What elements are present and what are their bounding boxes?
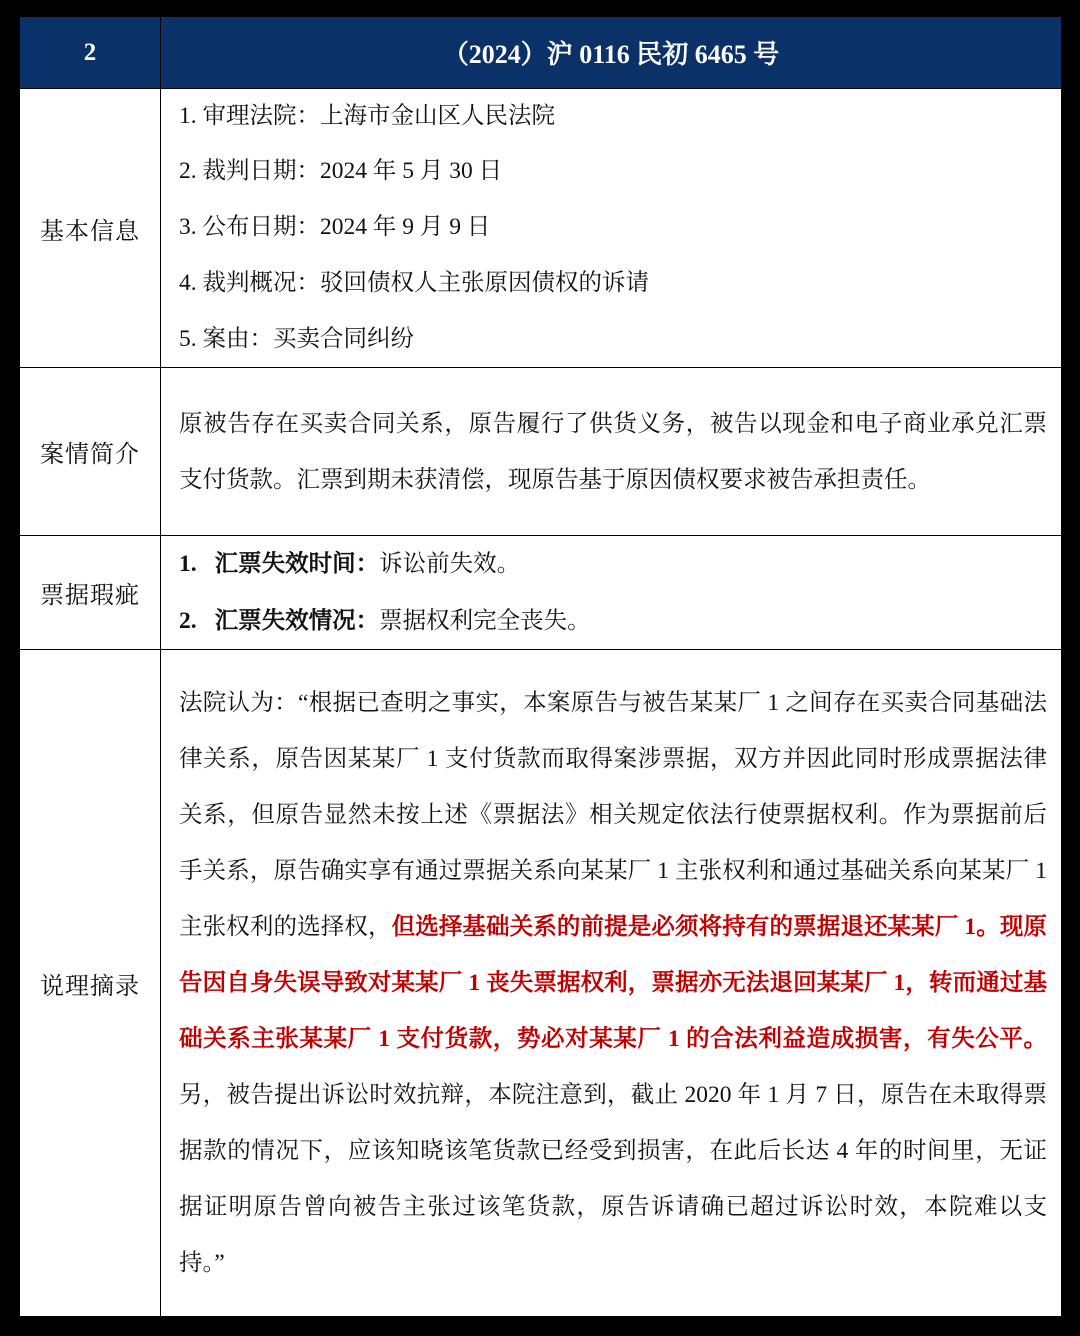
defect-item-text: 诉讼前失效。 <box>379 551 520 577</box>
reasoning-content: 法院认为：“根据已查明之事实，本案原告与被告某某厂 1 之间存在买卖合同基础法律… <box>161 650 1061 1316</box>
defect-item-number: 2. <box>179 608 197 634</box>
defect-item-number: 1. <box>179 551 197 577</box>
bill-defects-row: 票据瑕疵 1.汇票失效时间：诉讼前失效。 2.汇票失效情况：票据权利完全丧失。 <box>20 536 1061 650</box>
defect-item-title: 汇票失效时间： <box>215 551 380 577</box>
basic-info-item-cause: 5. 案由：买卖合同纠纷 <box>179 312 1047 368</box>
table-header-row: 2 （2024）沪 0116 民初 6465 号 <box>20 17 1061 89</box>
basic-info-label: 基本信息 <box>40 211 140 246</box>
reasoning-label: 说理摘录 <box>40 966 140 1001</box>
reasoning-row: 说理摘录 法院认为：“根据已查明之事实，本案原告与被告某某厂 1 之间存在买卖合… <box>20 650 1061 1316</box>
basic-info-item-judgment-overview: 4. 裁判概况：驳回债权人主张原因债权的诉请 <box>179 256 1047 312</box>
basic-info-label-cell: 基本信息 <box>20 89 161 367</box>
reasoning-label-cell: 说理摘录 <box>20 650 161 1316</box>
reasoning-segment-normal-1: 法院认为：“根据已查明之事实，本案原告与被告某某厂 1 之间存在买卖合同基础法律… <box>179 690 1047 940</box>
basic-info-item-publish-date: 3. 公布日期：2024 年 9 月 9 日 <box>179 200 1047 256</box>
defect-item-invalid-time: 1.汇票失效时间：诉讼前失效。 <box>179 536 1047 593</box>
reasoning-segment-normal-2: 另，被告提出诉讼时效抗辩，本院注意到，截止 2020 年 1 月 7 日，原告在… <box>179 1082 1047 1276</box>
basic-info-item-judgment-date: 2. 裁判日期：2024 年 5 月 30 日 <box>179 144 1047 200</box>
defect-item-text: 票据权利完全丧失。 <box>379 608 591 634</box>
case-index-cell: 2 <box>20 17 161 88</box>
basic-info-row: 基本信息 1. 审理法院：上海市金山区人民法院 2. 裁判日期：2024 年 5… <box>20 89 1061 368</box>
basic-info-item-court: 1. 审理法院：上海市金山区人民法院 <box>179 89 1047 145</box>
case-number-cell: （2024）沪 0116 民初 6465 号 <box>161 17 1061 88</box>
defect-item-invalid-status: 2.汇票失效情况：票据权利完全丧失。 <box>179 593 1047 650</box>
bill-defects-label-cell: 票据瑕疵 <box>20 536 161 649</box>
case-summary-label-cell: 案情简介 <box>20 368 161 535</box>
case-summary-content: 原被告存在买卖合同关系，原告履行了供货义务，被告以现金和电子商业承兑汇票支付货款… <box>161 368 1061 535</box>
bill-defects-content: 1.汇票失效时间：诉讼前失效。 2.汇票失效情况：票据权利完全丧失。 <box>161 536 1061 649</box>
defect-item-title: 汇票失效情况： <box>215 608 380 634</box>
reasoning-text: 法院认为：“根据已查明之事实，本案原告与被告某某厂 1 之间存在买卖合同基础法律… <box>179 675 1047 1291</box>
basic-info-content: 1. 审理法院：上海市金山区人民法院 2. 裁判日期：2024 年 5 月 30… <box>161 89 1061 367</box>
case-number: （2024）沪 0116 民初 6465 号 <box>443 34 780 71</box>
case-index: 2 <box>84 39 97 67</box>
case-summary-text: 原被告存在买卖合同关系，原告履行了供货义务，被告以现金和电子商业承兑汇票支付货款… <box>179 396 1047 508</box>
case-summary-row: 案情简介 原被告存在买卖合同关系，原告履行了供货义务，被告以现金和电子商业承兑汇… <box>20 368 1061 536</box>
case-summary-label: 案情简介 <box>40 434 140 469</box>
bill-defects-label: 票据瑕疵 <box>40 575 140 610</box>
case-summary-table: 2 （2024）沪 0116 民初 6465 号 基本信息 1. 审理法院：上海… <box>18 15 1063 1318</box>
